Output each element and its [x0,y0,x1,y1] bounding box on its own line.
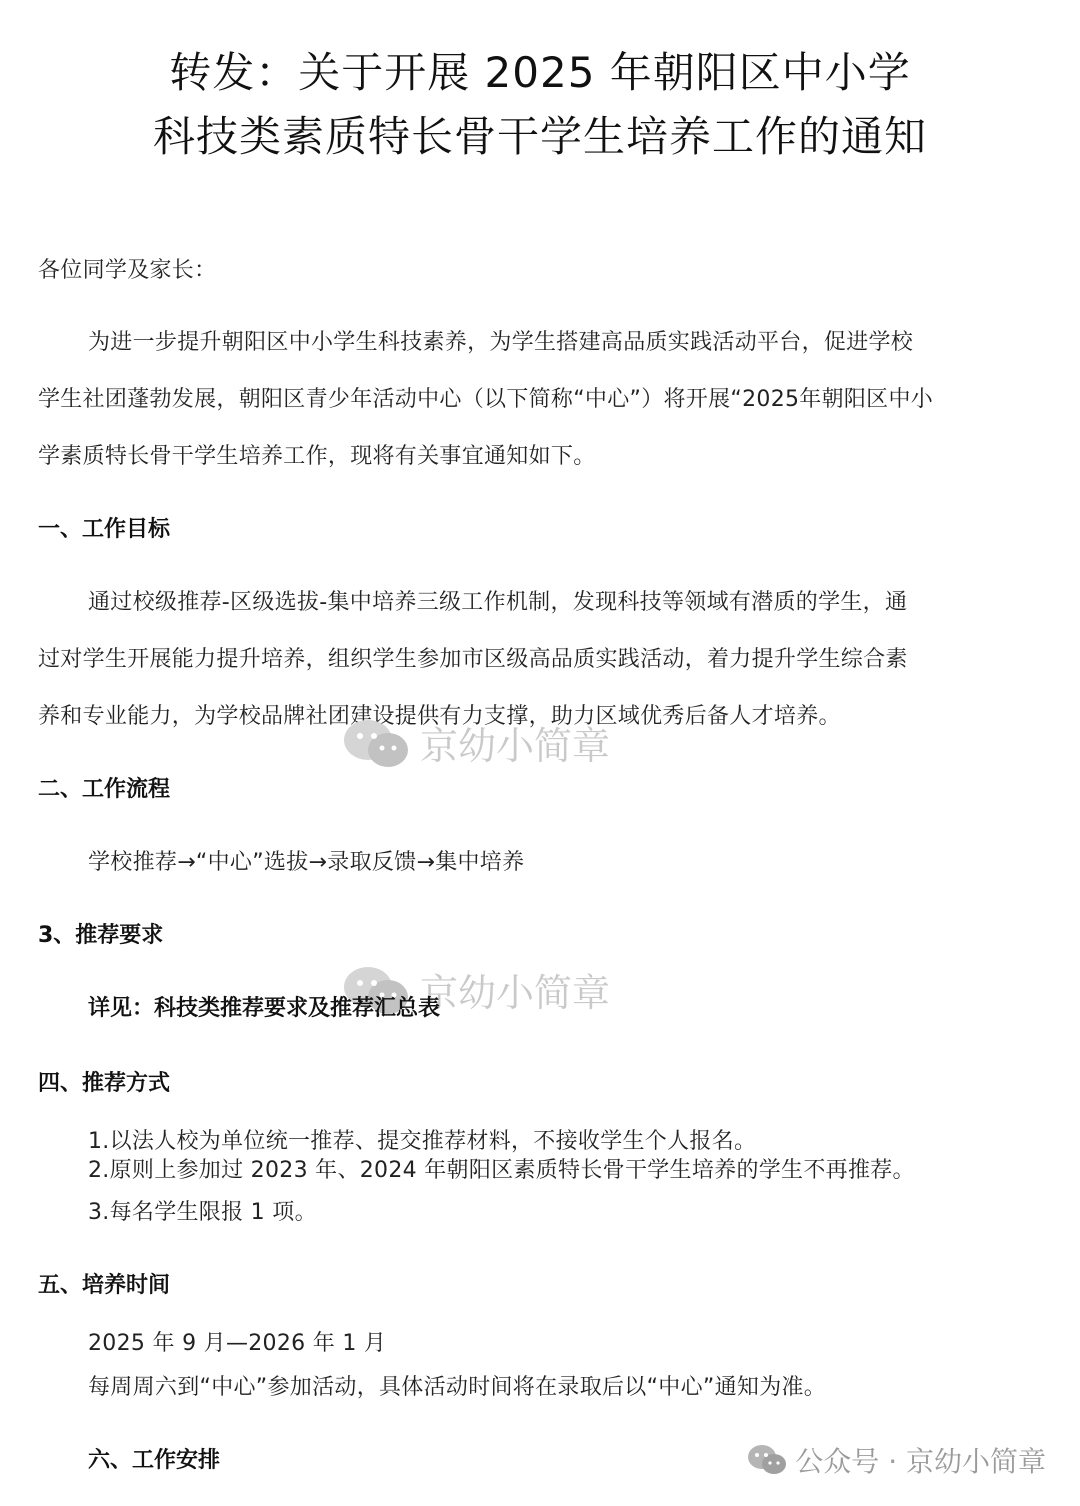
time-line: 每周周六到“中心”参加活动，具体活动时间将在录取后以“中心”通知为准。 [88,1370,826,1401]
method-item: 3.每名学生限报 1 项。 [88,1195,317,1226]
intro-line: 学素质特长骨干学生培养工作，现将有关事宜通知如下。 [38,439,596,470]
watermark-text: 京幼小简章 [420,715,610,770]
document-title-line2: 科技类素质特长骨干学生培养工作的通知 [0,104,1080,164]
wechat-icon [342,718,412,768]
section-heading-process: 二、工作流程 [38,772,170,803]
method-item: 2.原则上参加过 2023 年、2024 年朝阳区素质特长骨干学生培养的学生不再… [88,1153,915,1184]
watermark-text: 京幼小简章 [420,962,610,1017]
section-heading-arrangement: 六、工作安排 [88,1443,220,1474]
section-heading-time: 五、培养时间 [38,1268,170,1299]
intro-line: 为进一步提升朝阳区中小学生科技素养，为学生搭建高品质实践活动平台，促进学校 [88,325,913,356]
section-line: 学校推荐→“中心”选拔→录取反馈→集中培养 [88,845,524,876]
salutation: 各位同学及家长： [38,253,216,284]
intro-line: 学生社团蓬勃发展，朝阳区青少年活动中心（以下简称“中心”）将开展“2025年朝阳… [38,382,933,413]
footer-watermark: 公众号 · 京幼小简章 [747,1440,1046,1480]
time-line: 2025 年 9 月—2026 年 1 月 [88,1326,386,1357]
requirements-detail-link: 详见：科技类推荐要求及推荐汇总表 [88,991,440,1022]
section-line: 过对学生开展能力提升培养，组织学生参加市区级高品质实践活动，着力提升学生综合素 [38,642,908,673]
watermark: 京幼小简章 [342,715,610,770]
document-title-line1: 转发：关于开展 2025 年朝阳区中小学 [0,40,1080,100]
section-heading-requirements: 3、推荐要求 [38,918,163,949]
section-heading-method: 四、推荐方式 [38,1066,170,1097]
wechat-icon [747,1444,787,1476]
method-item: 1.以法人校为单位统一推荐、提交推荐材料，不接收学生个人报名。 [88,1124,756,1155]
section-line: 通过校级推荐-区级选拔-集中培养三级工作机制，发现科技等领域有潜质的学生，通 [88,585,907,616]
footer-watermark-text: 公众号 · 京幼小简章 [795,1440,1046,1480]
section-heading-goals: 一、工作目标 [38,512,170,543]
